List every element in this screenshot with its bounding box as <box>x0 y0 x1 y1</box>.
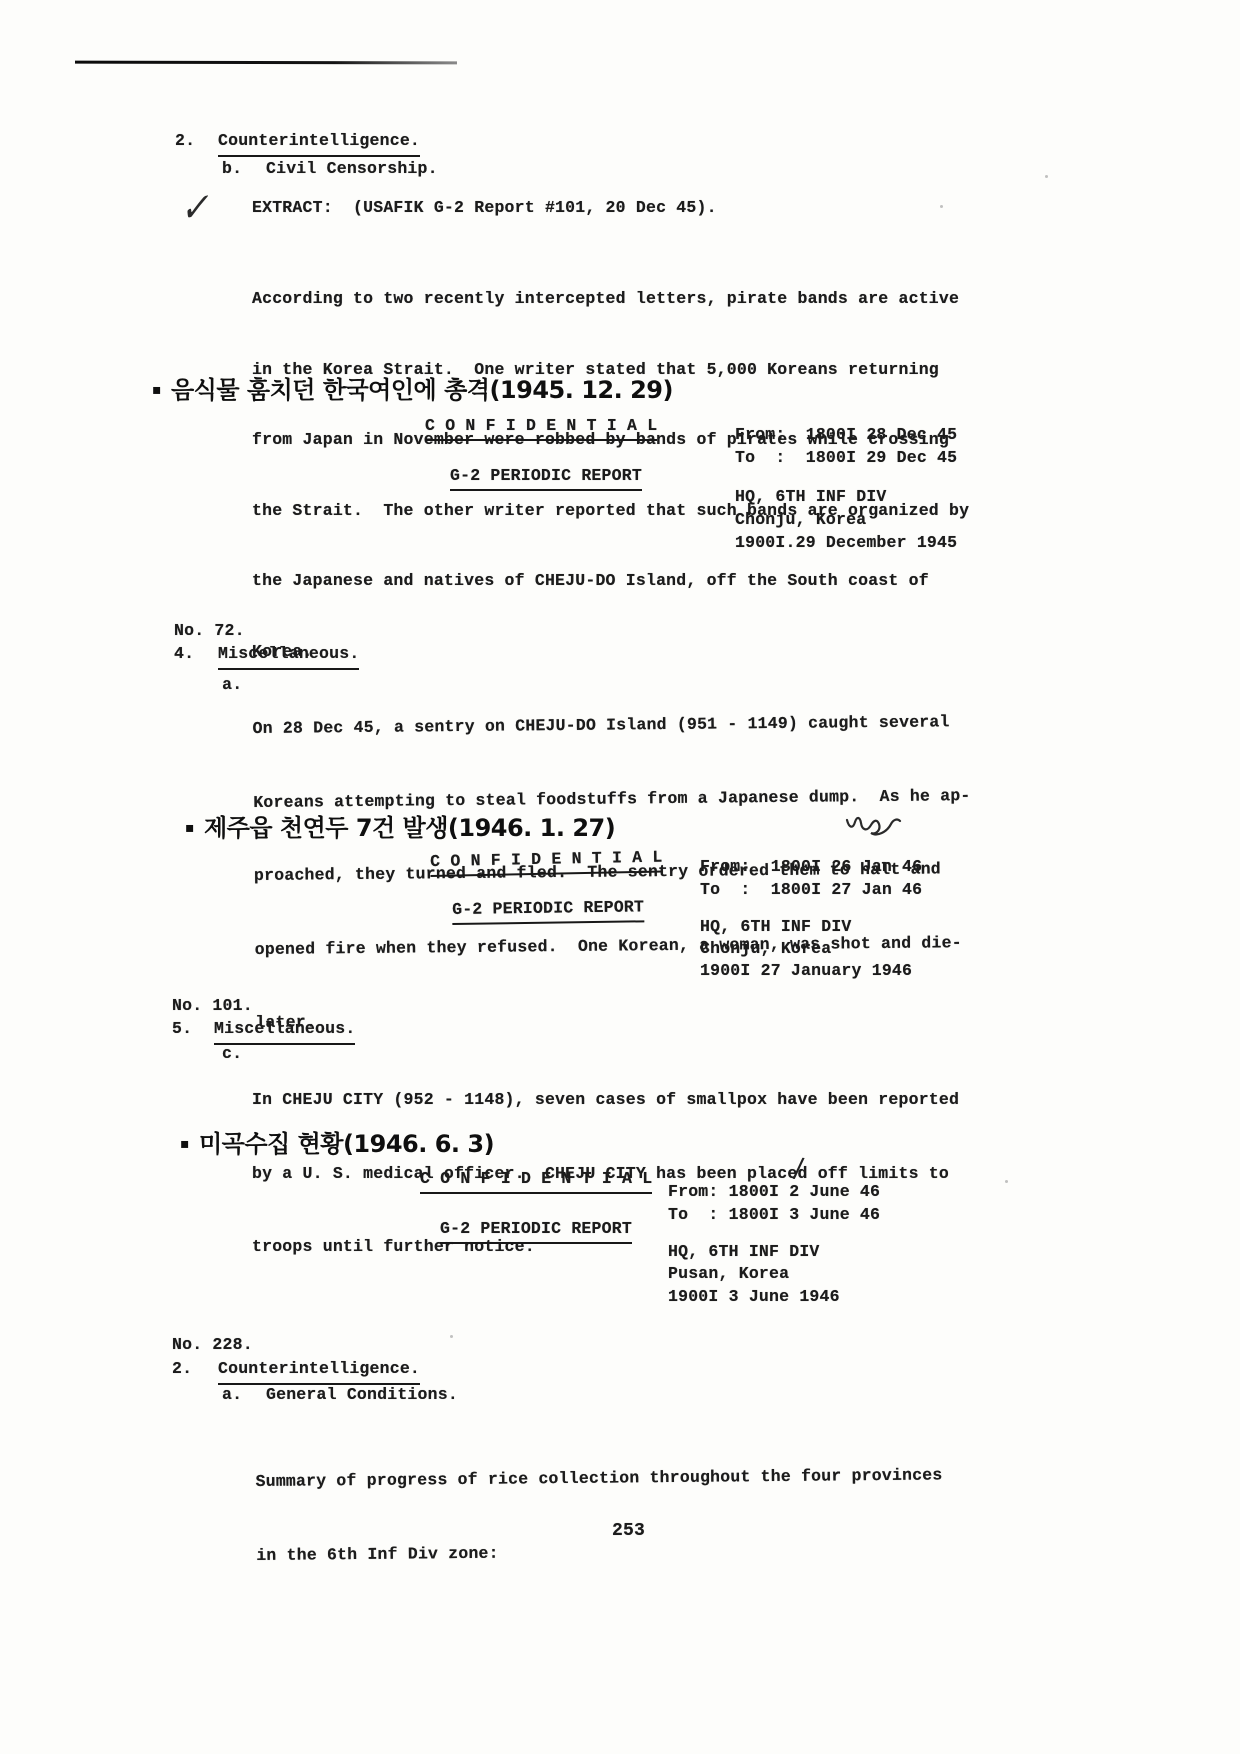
entry-item-title-text: Counterintelligence. <box>218 1357 420 1385</box>
report-location: Chonju, Korea <box>700 937 831 961</box>
entry-para-label: c. <box>222 1042 242 1066</box>
report-hq: HQ, 6TH INF DIV <box>668 1240 820 1264</box>
entry-para: Summary of progress of rice collection t… <box>255 1414 944 1617</box>
report-title: G-2 PERIODIC REPORT <box>440 1217 632 1244</box>
report-to-line: To : 1800I 27 Jan 46 <box>700 878 922 902</box>
report-to-line: To : 1800I 29 Dec 45 <box>735 446 957 470</box>
entry-item-title-text: Miscellaneous. <box>218 642 359 670</box>
entry-para-line: In CHEJU CITY (952 - 1148), seven cases … <box>252 1088 959 1113</box>
classification-banner: C O N F I D E N T I A L <box>425 414 657 441</box>
korean-heading-3-text: 미곡수집 현황(1946. 6. 3) <box>199 1130 494 1158</box>
scan-speck <box>1045 175 1048 178</box>
sub-item-title: Civil Censorship. <box>266 157 438 181</box>
report-location: Chonju, Korea <box>735 508 866 532</box>
korean-heading-3: ▪미곡수집 현황(1946. 6. 3) <box>180 1124 494 1159</box>
report-location: Pusan, Korea <box>668 1262 789 1286</box>
report-hq: HQ, 6TH INF DIV <box>700 915 852 939</box>
report-title: G-2 PERIODIC REPORT <box>452 895 644 924</box>
square-bullet-icon: ▪ <box>180 1136 189 1152</box>
classification-banner: C O N F I D E N T I A L <box>420 1167 652 1194</box>
report-issued: 1900I 27 January 1946 <box>700 959 912 983</box>
korean-heading-1: ▪음식물 훔치던 한국여인에 총격(1945. 12. 29) <box>152 370 673 405</box>
entry-sub-item-title: General Conditions. <box>266 1383 458 1407</box>
report-title-text: G-2 PERIODIC REPORT <box>440 1217 632 1244</box>
korean-heading-1-text: 음식물 훔치던 한국여인에 총격(1945. 12. 29) <box>171 376 673 404</box>
entry-item-number: 5. <box>172 1017 192 1041</box>
korean-heading-2: ▪제주읍 천연두 7건 발생(1946. 1. 27) <box>185 808 615 843</box>
extract-body-line: the Japanese and natives of CHEJU-DO Isl… <box>252 569 969 593</box>
extract-heading: EXTRACT: (USAFIK G-2 Report #101, 20 Dec… <box>252 196 717 220</box>
classification-text: C O N F I D E N T I A L <box>430 846 663 877</box>
report-from-line: From: 1800I 28 Dec 45 <box>735 423 957 447</box>
section-item-title-text: Counterintelligence. <box>218 129 420 157</box>
entry-report-number: No. 101. <box>172 994 253 1018</box>
entry-para-line: later. <box>255 1004 972 1035</box>
report-title: G-2 PERIODIC REPORT <box>450 464 642 491</box>
extract-body-line: According to two recently intercepted le… <box>252 287 969 311</box>
report-issued: 1900I.29 December 1945 <box>735 531 957 555</box>
report-title-text: G-2 PERIODIC REPORT <box>452 895 644 924</box>
classification-text: C O N F I D E N T I A L <box>425 414 657 441</box>
classification-text: C O N F I D E N T I A L <box>420 1167 652 1194</box>
document-page: 2. Counterintelligence. b. Civil Censors… <box>0 0 1240 1754</box>
entry-item-number: 2. <box>172 1357 192 1381</box>
report-issued: 1900I 3 June 1946 <box>668 1285 840 1309</box>
handwritten-checkmark-icon: ✓ <box>178 184 216 232</box>
handwritten-scribble-icon <box>843 812 913 846</box>
top-rule <box>75 61 457 65</box>
scan-speck <box>940 205 943 208</box>
square-bullet-icon: ▪ <box>185 820 194 836</box>
entry-para-line: opened fire when they refused. One Korea… <box>255 931 972 962</box>
entry-para-line: Summary of progress of rice collection t… <box>255 1463 942 1494</box>
scan-speck <box>700 795 703 798</box>
entry-item-title: Miscellaneous. <box>218 642 359 670</box>
page-number: 253 <box>612 1520 645 1544</box>
report-from-line: From: 1800I 26 Jan 46 <box>700 855 922 879</box>
scan-speck <box>1005 1180 1008 1183</box>
classification-banner: C O N F I D E N T I A L <box>430 846 663 877</box>
entry-item-title: Counterintelligence. <box>218 1357 420 1385</box>
entry-para-line: On 28 Dec 45, a sentry on CHEJU-DO Islan… <box>252 710 969 741</box>
extract-body-line: Korea. <box>252 640 969 664</box>
entry-item-number: 4. <box>174 642 194 666</box>
sub-item-number: b. <box>222 157 242 181</box>
section-item-title: Counterintelligence. <box>218 129 420 157</box>
section-item-number: 2. <box>175 129 195 153</box>
report-from-line: From: 1800I 2 June 46 <box>668 1180 880 1204</box>
entry-report-number: No. 72. <box>174 619 245 643</box>
report-to-line: To : 1800I 3 June 46 <box>668 1203 880 1227</box>
korean-heading-2-text: 제주읍 천연두 7건 발생(1946. 1. 27) <box>204 814 615 842</box>
square-bullet-icon: ▪ <box>152 382 161 398</box>
scan-speck <box>450 1335 453 1338</box>
entry-sub-item-number: a. <box>222 1383 242 1407</box>
entry-report-number: No. 228. <box>172 1333 253 1357</box>
report-hq: HQ, 6TH INF DIV <box>735 485 887 509</box>
entry-para-line: in the 6th Inf Div zone: <box>256 1537 943 1568</box>
report-title-text: G-2 PERIODIC REPORT <box>450 464 642 491</box>
entry-para-label: a. <box>222 673 242 697</box>
